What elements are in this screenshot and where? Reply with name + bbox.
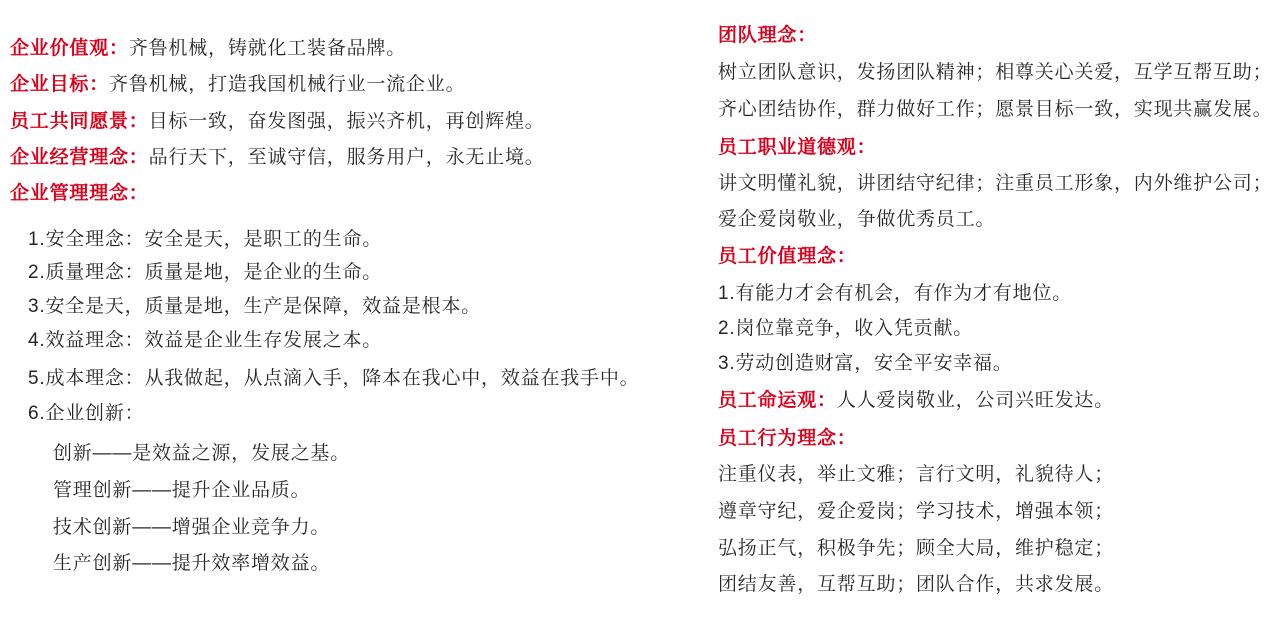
goal-statement-line: 企业目标：齐鲁机械，打造我国机械行业一流企业。 <box>10 71 465 99</box>
line-text: 4.效益理念：效益是企业生存发展之本。 <box>28 330 382 351</box>
line-text: 弘扬正气，积极争先；顾全大局，维护稳定； <box>718 538 1114 559</box>
section-label: 企业目标： <box>10 74 109 95</box>
line-text: 遵章守纪，爱企爱岗；学习技术，增强本领； <box>718 501 1114 522</box>
list-item-line: 3.劳动创造财富，安全平安幸福。 <box>718 350 1013 378</box>
business-philosophy-line: 企业经营理念：品行天下，至诚守信，服务用户，永无止境。 <box>10 144 545 172</box>
line-text: 1.安全理念：安全是天，是职工的生命。 <box>28 229 382 250</box>
body-text-line: 爱企爱岗敬业，争做优秀员工。 <box>718 206 995 234</box>
section-label: 企业经营理念： <box>10 147 149 168</box>
body-text-line: 遵章守纪，爱企爱岗；学习技术，增强本领； <box>718 498 1114 526</box>
line-text: 团结友善，互帮互助；团队合作，共求发展。 <box>718 574 1114 595</box>
body-text-line: 讲文明懂礼貌，讲团结守纪律；注重员工形象，内外维护公司； <box>718 170 1272 198</box>
heading-label: 员工价值理念： <box>718 246 857 267</box>
line-text: 2.质量理念：质量是地，是企业的生命。 <box>28 262 382 283</box>
list-item-line: 2.质量理念：质量是地，是企业的生命。 <box>28 259 382 287</box>
line-text: 齐心团结协作，群力做好工作；愿景目标一致，实现共赢发展。 <box>718 99 1272 120</box>
line-text: 6.企业创新： <box>28 403 144 424</box>
line-text: 3.安全是天，质量是地，生产是保障，效益是根本。 <box>28 296 481 317</box>
line-text: 目标一致，奋发图强，振兴齐机，再创辉煌。 <box>149 111 545 132</box>
body-text-line: 团结友善，互帮互助；团队合作，共求发展。 <box>718 571 1114 599</box>
section-label: 员工命运观： <box>718 390 837 411</box>
section-label: 企业价值观： <box>10 38 129 59</box>
body-text-line: 注重仪表，举止文雅；言行文明，礼貌待人； <box>718 461 1114 489</box>
ethics-heading: 员工职业道德观： <box>718 134 876 162</box>
heading-label: 团队理念： <box>718 25 817 46</box>
list-item-line: 1.安全理念：安全是天，是职工的生命。 <box>28 226 382 254</box>
heading-label: 企业管理理念： <box>10 183 149 204</box>
line-text: 管理创新——提升企业品质。 <box>53 480 310 501</box>
team-philosophy-heading: 团队理念： <box>718 22 817 50</box>
line-text: 树立团队意识，发扬团队精神；相尊关心关爱，互学互帮互助； <box>718 62 1272 83</box>
line-text: 2.岗位靠竞争，收入凭贡献。 <box>718 318 973 339</box>
line-text: 讲文明懂礼貌，讲团结守纪律；注重员工形象，内外维护公司； <box>718 173 1272 194</box>
body-text-line: 树立团队意识，发扬团队精神；相尊关心关爱，互学互帮互助； <box>718 59 1272 87</box>
section-label: 员工共同愿景： <box>10 111 149 132</box>
line-text: 注重仪表，举止文雅；言行文明，礼貌待人； <box>718 464 1114 485</box>
line-text: 齐鲁机械，打造我国机械行业一流企业。 <box>109 74 465 95</box>
line-text: 人人爱岗敬业，公司兴旺发达。 <box>837 390 1114 411</box>
heading-label: 员工职业道德观： <box>718 137 876 158</box>
body-text-line: 弘扬正气，积极争先；顾全大局，维护稳定； <box>718 535 1114 563</box>
vision-statement-line: 员工共同愿景：目标一致，奋发图强，振兴齐机，再创辉煌。 <box>10 108 545 136</box>
sub-item-line: 管理创新——提升企业品质。 <box>53 477 310 505</box>
line-text: 品行天下，至诚守信，服务用户，永无止境。 <box>149 147 545 168</box>
line-text: 5.成本理念：从我做起，从点滴入手，降本在我心中，效益在我手中。 <box>28 368 639 389</box>
line-text: 1.有能力才会有机会，有作为才有地位。 <box>718 283 1072 304</box>
list-item-line: 2.岗位靠竞争，收入凭贡献。 <box>718 315 973 343</box>
list-item-line: 1.有能力才会有机会，有作为才有地位。 <box>718 280 1072 308</box>
employee-value-heading: 员工价值理念： <box>718 243 857 271</box>
list-item-line: 4.效益理念：效益是企业生存发展之本。 <box>28 327 382 355</box>
sub-item-line: 生产创新——提升效率增效益。 <box>53 550 330 578</box>
list-item-line: 6.企业创新： <box>28 400 144 428</box>
line-text: 生产创新——提升效率增效益。 <box>53 553 330 574</box>
line-text: 创新——是效益之源，发展之基。 <box>53 443 350 464</box>
line-text: 3.劳动创造财富，安全平安幸福。 <box>718 353 1013 374</box>
list-item-line: 5.成本理念：从我做起，从点滴入手，降本在我心中，效益在我手中。 <box>28 365 639 393</box>
management-philosophy-heading: 企业管理理念： <box>10 180 149 208</box>
corporate-culture-document: 企业价值观：齐鲁机械，铸就化工装备品牌。 企业目标：齐鲁机械，打造我国机械行业一… <box>0 0 1280 621</box>
line-text: 技术创新——增强企业竞争力。 <box>53 517 330 538</box>
line-text: 齐鲁机械，铸就化工装备品牌。 <box>129 38 406 59</box>
body-text-line: 齐心团结协作，群力做好工作；愿景目标一致，实现共赢发展。 <box>718 96 1272 124</box>
behavior-philosophy-heading: 员工行为理念： <box>718 425 857 453</box>
sub-item-line: 创新——是效益之源，发展之基。 <box>53 440 350 468</box>
heading-label: 员工行为理念： <box>718 428 857 449</box>
sub-item-line: 技术创新——增强企业竞争力。 <box>53 514 330 542</box>
destiny-statement-line: 员工命运观：人人爱岗敬业，公司兴旺发达。 <box>718 387 1114 415</box>
line-text: 爱企爱岗敬业，争做优秀员工。 <box>718 209 995 230</box>
list-item-line: 3.安全是天，质量是地，生产是保障，效益是根本。 <box>28 293 481 321</box>
value-statement-line: 企业价值观：齐鲁机械，铸就化工装备品牌。 <box>10 35 406 63</box>
